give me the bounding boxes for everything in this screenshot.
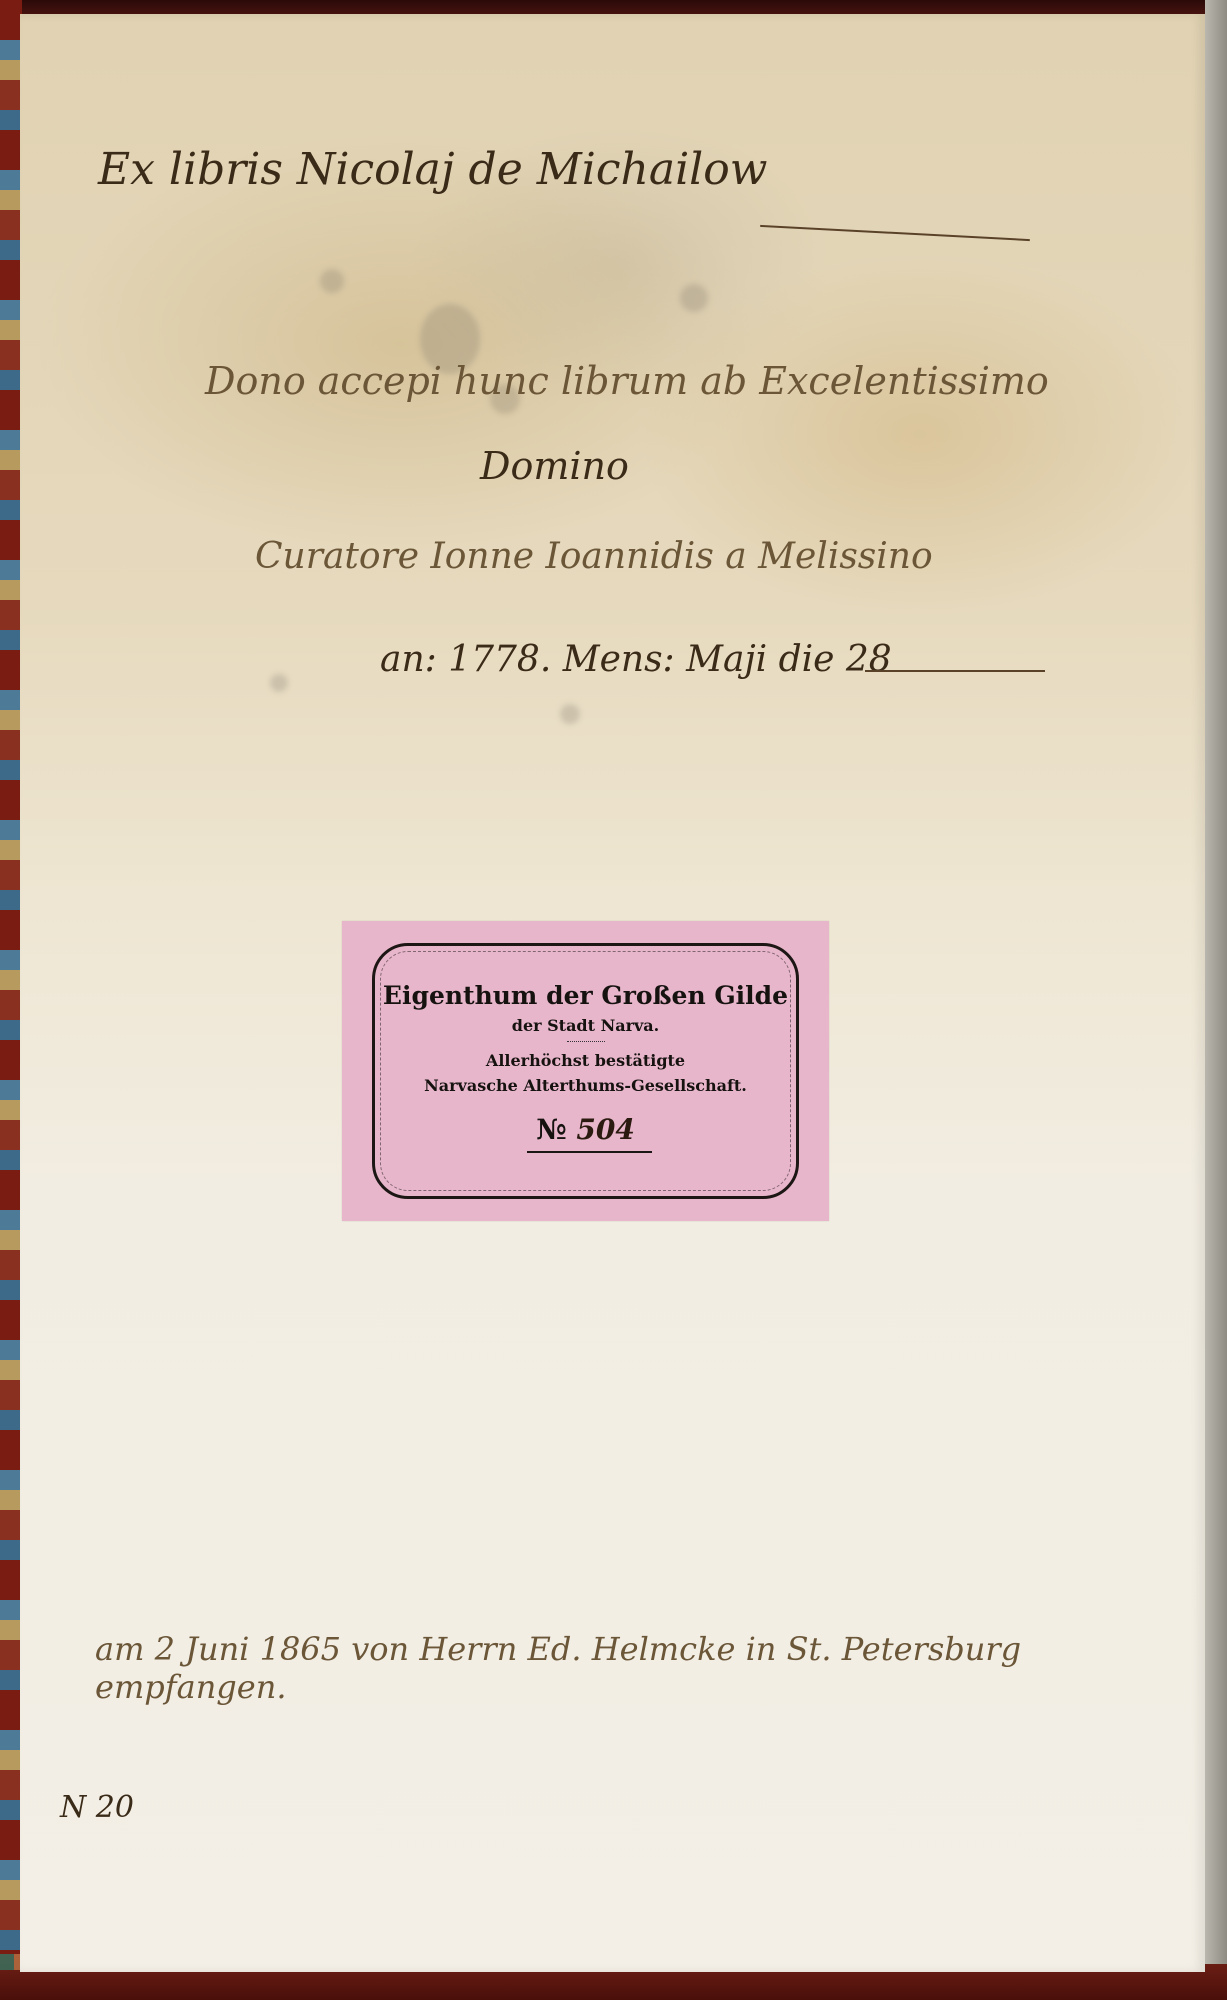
shelfmark: N 20 (60, 1790, 134, 1825)
dedication-line-3: Curatore Ionne Ioannidis a Melissino (255, 536, 933, 577)
label-separator (567, 1041, 605, 1042)
inventory-number: 504 (576, 1113, 634, 1146)
numero-sign: № (536, 1113, 566, 1146)
acquisition-note-line-2: empfangen. (95, 1668, 287, 1706)
ink-stain (560, 704, 580, 724)
dedication-date: an: 1778. Mens: Maji die 28 (380, 639, 892, 680)
label-subtitle: der Stadt Narva. (342, 1016, 829, 1035)
bookplate-label: Eigenthum der Großen Gilde der Stadt Nar… (342, 921, 829, 1221)
label-line-4: Narvasche Alterthums-Gesellschaft. (342, 1076, 829, 1095)
ex-libris-inscription: Ex libris Nicolaj de Michailow (98, 144, 767, 195)
number-underline (527, 1151, 652, 1153)
date-underline (865, 670, 1045, 672)
label-number: № 504 (342, 1113, 829, 1146)
ink-stain (270, 674, 288, 692)
marbled-endpaper-left-edge (0, 0, 22, 2000)
flourish-line (760, 225, 1030, 241)
label-title: Eigenthum der Großen Gilde (342, 981, 829, 1010)
label-line-3: Allerhöchst bestätigte (342, 1051, 829, 1070)
ink-stain (320, 269, 344, 293)
dedication-line-1: Dono accepi hunc librum ab Excelentissim… (205, 359, 1049, 403)
ink-stain (680, 284, 708, 312)
page-right-edge (1205, 0, 1227, 2000)
dedication-line-2: Domino (480, 444, 629, 488)
acquisition-note-line-1: am 2 Juni 1865 von Herrn Ed. Helmcke in … (95, 1630, 1021, 1668)
